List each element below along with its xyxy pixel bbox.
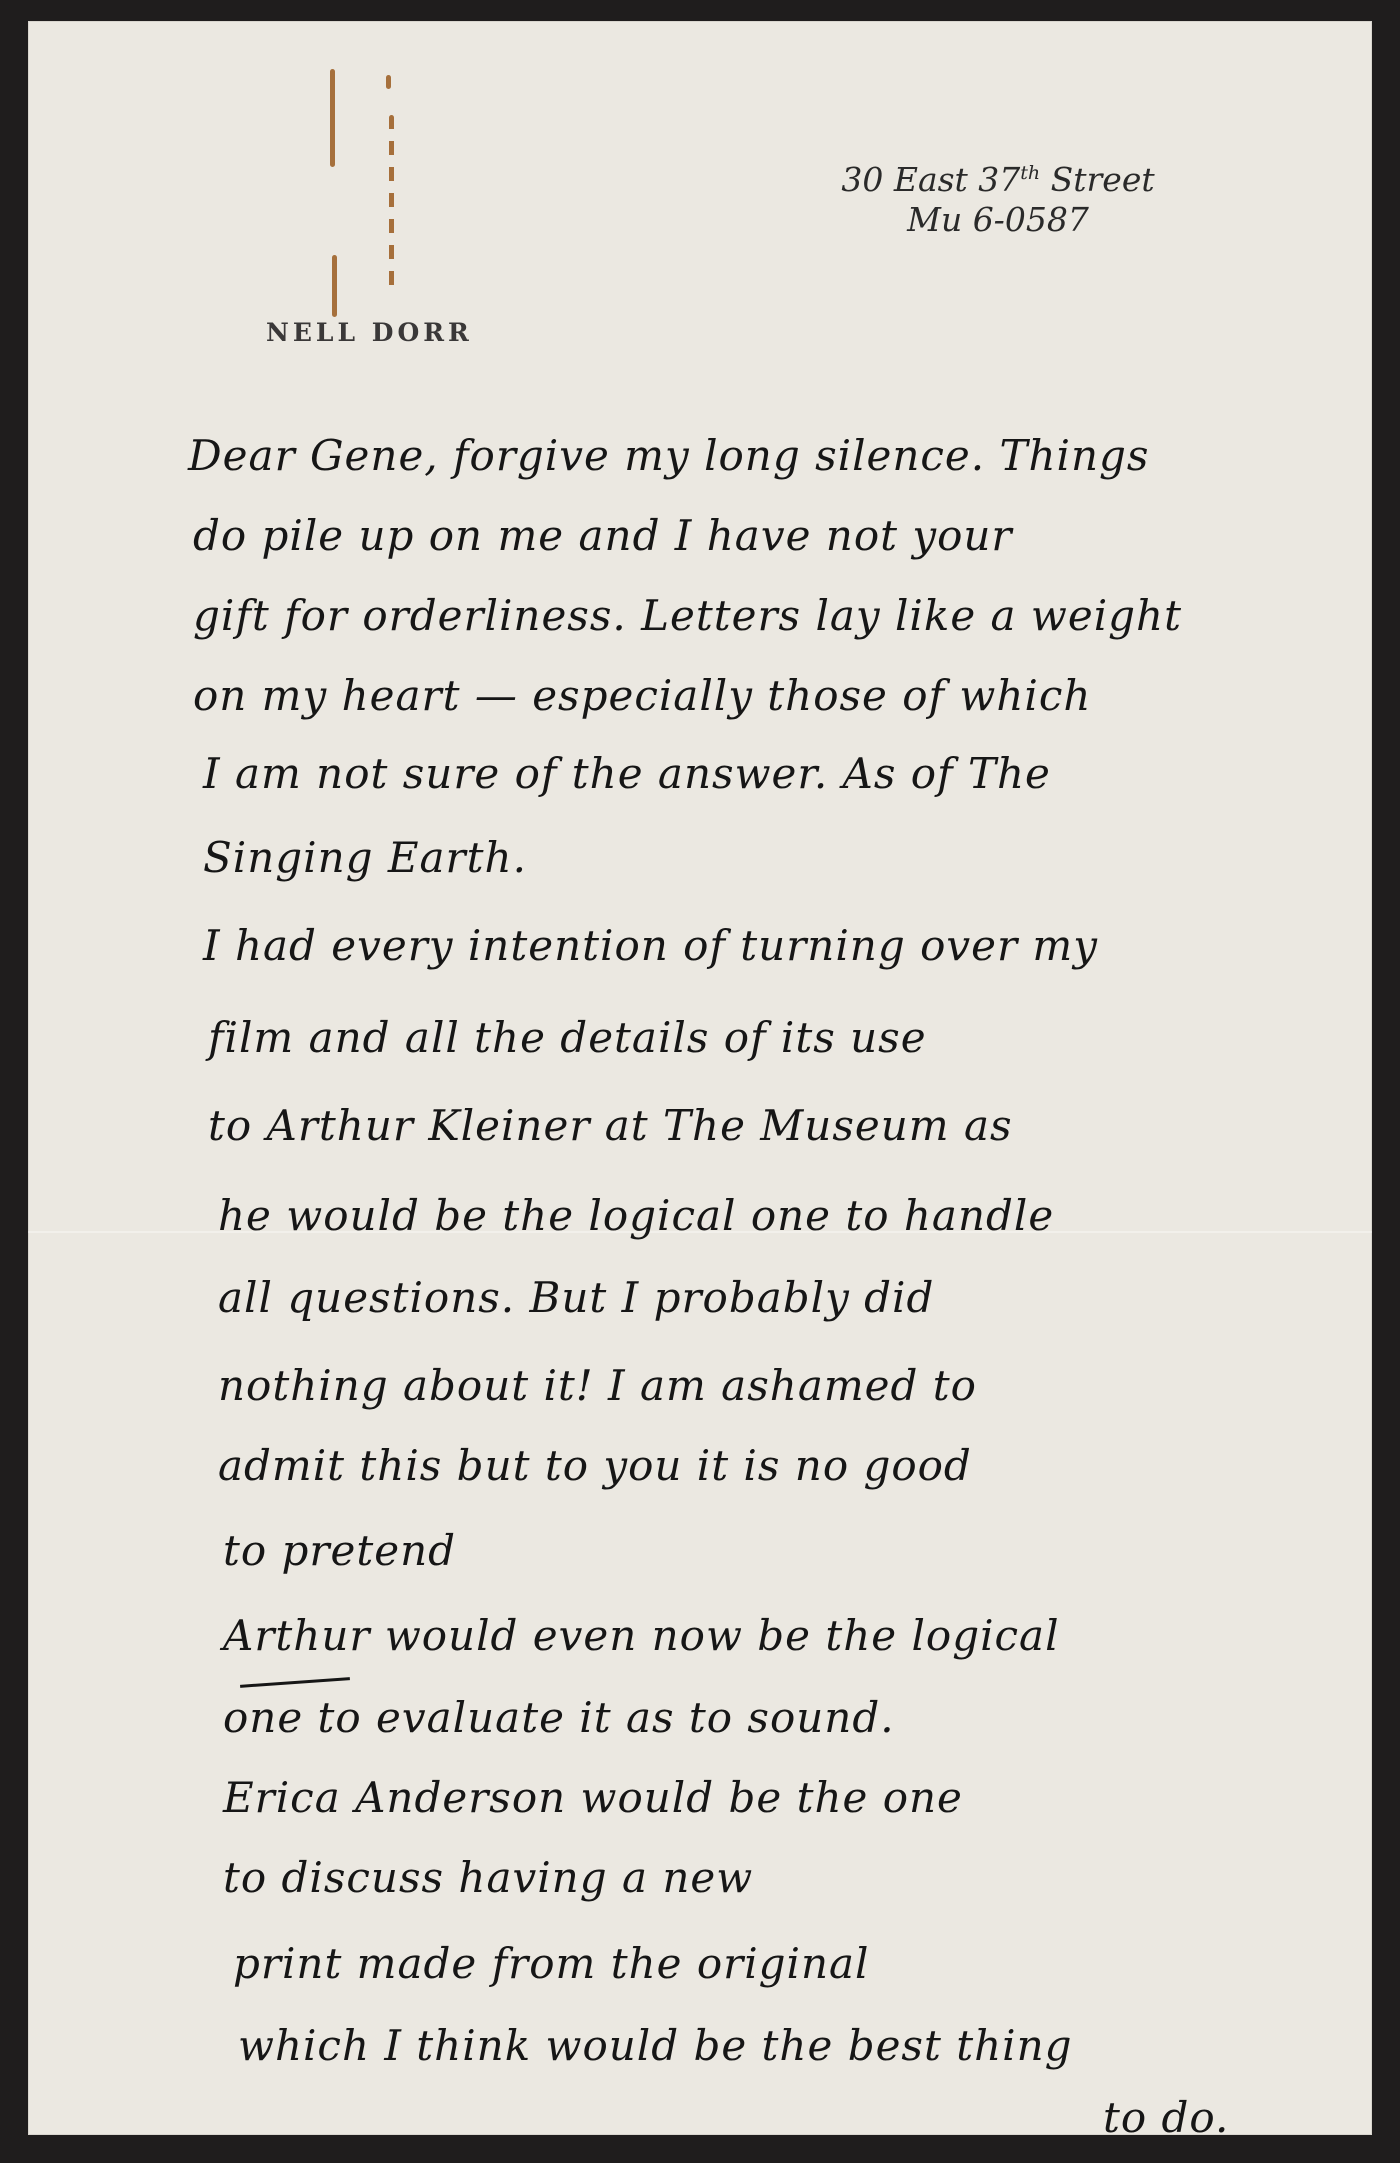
letter-line: do pile up on me and I have not your	[193, 511, 1012, 560]
letter-line: which I think would be the best thing	[238, 2021, 1073, 2070]
letter-line: film and all the details of its use	[208, 1013, 927, 1062]
letter-line: admit this but to you it is no good	[218, 1441, 972, 1490]
letter-line: on my heart — especially those of which	[193, 671, 1091, 720]
letter-line: Erica Anderson would be the one	[223, 1773, 963, 1822]
letter-line: all questions. But I probably did	[218, 1273, 934, 1322]
letter-line: gift for orderliness. Letters lay like a…	[193, 591, 1182, 640]
letter-line: Dear Gene, forgive my long silence. Thin…	[188, 431, 1149, 480]
letter-body: Dear Gene, forgive my long silence. Thin…	[28, 21, 1372, 2135]
letter-line: one to evaluate it as to sound.	[223, 1693, 895, 1742]
letter-line: print made from the original	[233, 1939, 870, 1988]
letter-line: to do.	[1103, 2093, 1229, 2142]
letter-page: 30 East 37th Street Mu 6-0587 NELL DORR …	[28, 21, 1372, 2135]
letter-line: to Arthur Kleiner at The Museum as	[208, 1101, 1013, 1150]
underline-arthur	[240, 1677, 350, 1688]
letter-line: he would be the logical one to handle	[218, 1191, 1054, 1240]
letter-line: nothing about it! I am ashamed to	[218, 1361, 977, 1410]
letter-line: to discuss having a new	[223, 1853, 753, 1902]
letter-line: I am not sure of the answer. As of The	[203, 749, 1051, 798]
letter-line: Arthur would even now be the logical	[223, 1611, 1060, 1660]
letter-line: I had every intention of turning over my	[203, 921, 1098, 970]
letter-line: Singing Earth.	[203, 833, 527, 882]
letter-line: to pretend	[223, 1526, 456, 1575]
